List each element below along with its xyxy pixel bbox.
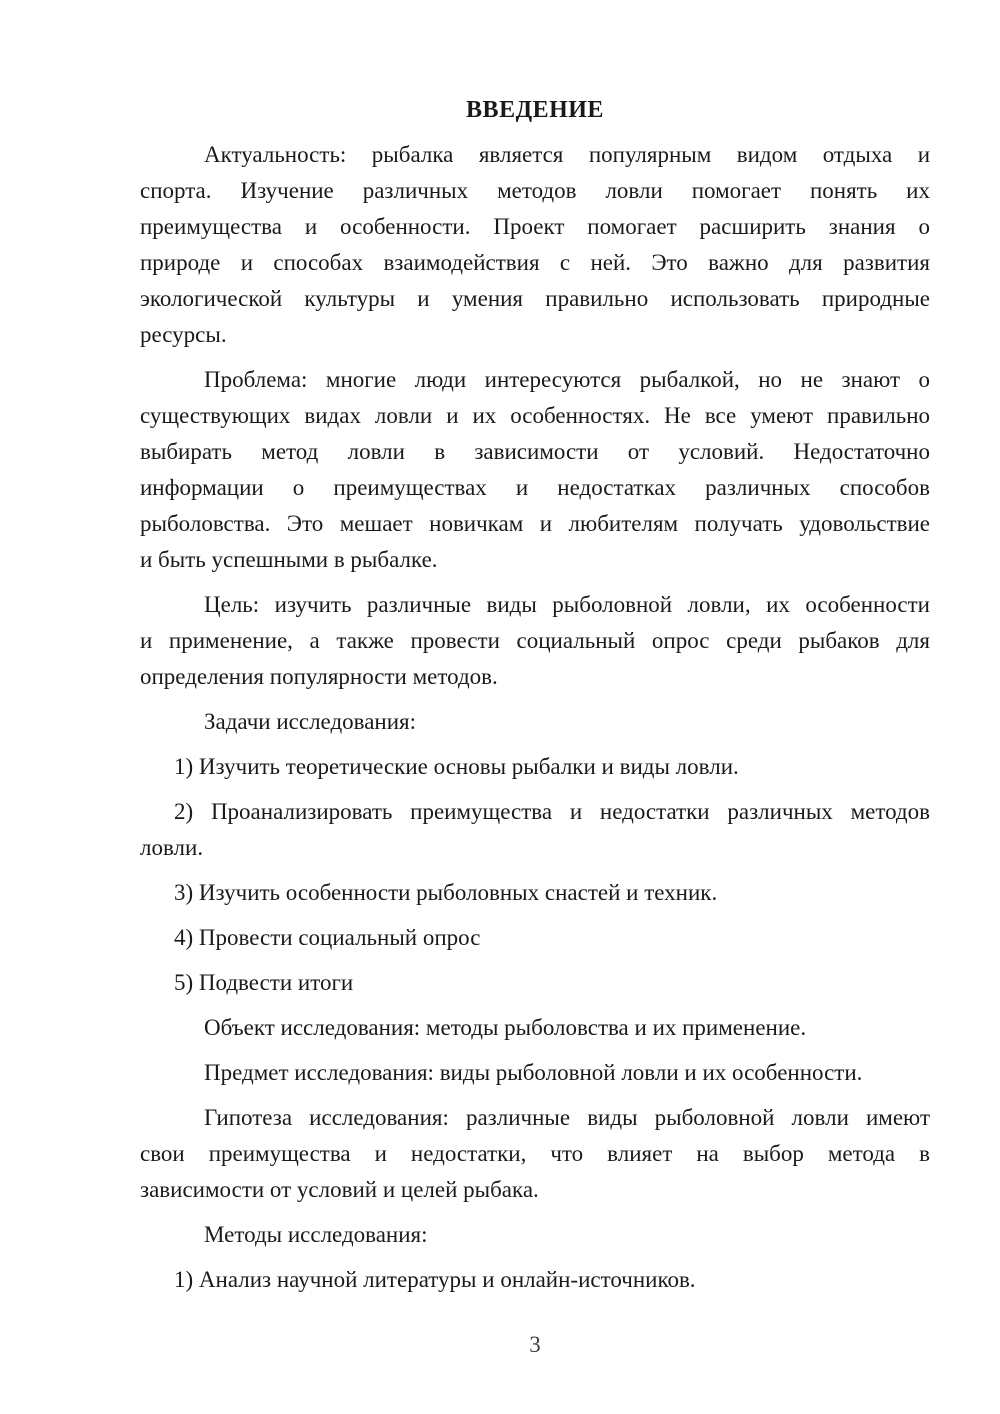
text-line: существующих видах ловли и их особенност… xyxy=(140,398,930,434)
text-line: Задачи исследования: xyxy=(140,704,930,740)
paragraph-gipoteza: Гипотеза исследования: различные виды ры… xyxy=(140,1100,930,1208)
text-line: природе и способах взаимодействия с ней.… xyxy=(140,245,930,281)
text-line: экологической культуры и умения правильн… xyxy=(140,281,930,317)
paragraph-problema: Проблема: многие люди интересуются рыбал… xyxy=(140,362,930,578)
text-line: зависимости от условий и целей рыбака. xyxy=(140,1172,930,1208)
list-item-metody-1: 1) Анализ научной литературы и онлайн-ис… xyxy=(140,1262,930,1298)
paragraph-metody-heading: Методы исследования: xyxy=(140,1217,930,1253)
paragraph-aktualnost: Актуальность: рыбалка является популярны… xyxy=(140,137,930,353)
text-line: информации о преимуществах и недостатках… xyxy=(140,470,930,506)
paragraph-obekt: Объект исследования: методы рыболовства … xyxy=(140,1010,930,1046)
list-item-5: 5) Подвести итоги xyxy=(140,965,930,1001)
paragraph-predmet: Предмет исследования: виды рыболовной ло… xyxy=(140,1055,930,1091)
text-line: 2) Проанализировать преимущества и недос… xyxy=(140,794,930,830)
document-body: Актуальность: рыбалка является популярны… xyxy=(140,137,930,1298)
text-line: спорта. Изучение различных методов ловли… xyxy=(140,173,930,209)
paragraph-zadachi-heading: Задачи исследования: xyxy=(140,704,930,740)
text-line: Предмет исследования: виды рыболовной ло… xyxy=(140,1055,930,1091)
list-item-4: 4) Провести социальный опрос xyxy=(140,920,930,956)
text-line: ресурсы. xyxy=(140,317,930,353)
text-line: Цель: изучить различные виды рыболовной … xyxy=(140,587,930,623)
text-line: 5) Подвести итоги xyxy=(140,965,930,1001)
page-title: ВВЕДЕНИЕ xyxy=(140,92,930,128)
text-line: рыболовства. Это мешает новичкам и любит… xyxy=(140,506,930,542)
text-line: 1) Анализ научной литературы и онлайн-ис… xyxy=(140,1262,930,1298)
text-line: ловли. xyxy=(140,830,930,866)
list-item-3: 3) Изучить особенности рыболовных снасте… xyxy=(140,875,930,911)
list-item-2: 2) Проанализировать преимущества и недос… xyxy=(140,794,930,866)
text-line: свои преимущества и недостатки, что влия… xyxy=(140,1136,930,1172)
text-line: выбирать метод ловли в зависимости от ус… xyxy=(140,434,930,470)
text-line: преимущества и особенности. Проект помог… xyxy=(140,209,930,245)
text-line: и быть успешными в рыбалке. xyxy=(140,542,930,578)
text-line: 3) Изучить особенности рыболовных снасте… xyxy=(140,875,930,911)
document-page: ВВЕДЕНИЕ Актуальность: рыбалка является … xyxy=(0,0,1000,1414)
text-line: 1) Изучить теоретические основы рыбалки … xyxy=(140,749,930,785)
text-line: Проблема: многие люди интересуются рыбал… xyxy=(140,362,930,398)
page-number: 3 xyxy=(140,1327,930,1363)
text-line: и применение, а также провести социальны… xyxy=(140,623,930,659)
text-line: Объект исследования: методы рыболовства … xyxy=(140,1010,930,1046)
list-item-1: 1) Изучить теоретические основы рыбалки … xyxy=(140,749,930,785)
paragraph-tsel: Цель: изучить различные виды рыболовной … xyxy=(140,587,930,695)
text-line: 4) Провести социальный опрос xyxy=(140,920,930,956)
text-line: определения популярности методов. xyxy=(140,659,930,695)
text-line: Гипотеза исследования: различные виды ры… xyxy=(140,1100,930,1136)
text-line: Актуальность: рыбалка является популярны… xyxy=(140,137,930,173)
text-line: Методы исследования: xyxy=(140,1217,930,1253)
